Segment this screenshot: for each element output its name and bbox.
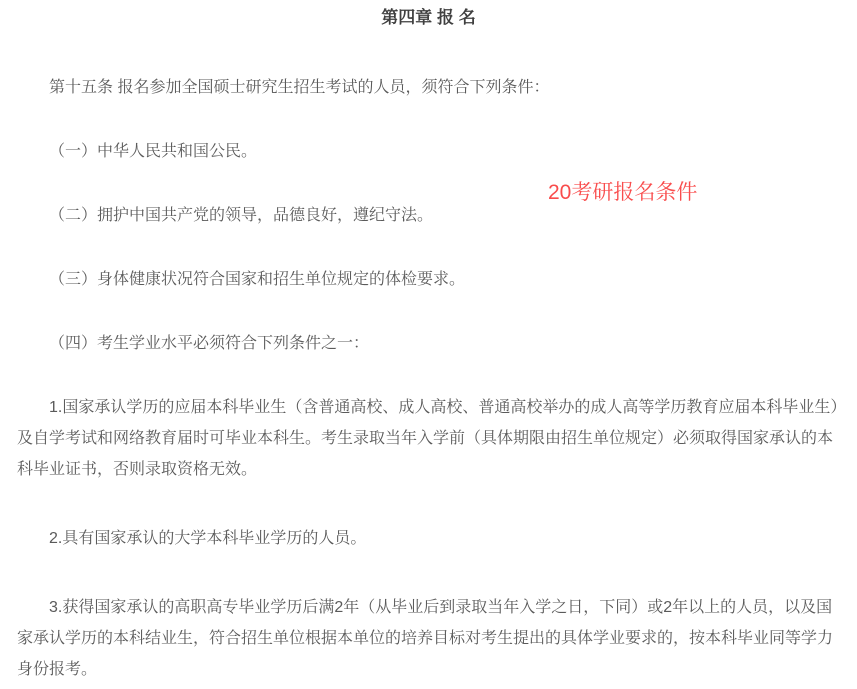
page-title: 第四章 报 名 xyxy=(17,8,840,28)
paragraph-condition-2: （二）拥护中国共产党的领导，品德良好，遵纪守法。 xyxy=(17,200,840,231)
watermark-text: 20考研报名条件 xyxy=(548,180,697,205)
paragraph-academic-item-3: 3.获得国家承认的高职高专毕业学历后满2年（从毕业后到录取当年入学之日，下同）或… xyxy=(17,592,840,685)
paragraph-condition-1: （一）中华人民共和国公民。 xyxy=(17,136,840,167)
paragraph-academic-item-1: 1.国家承认学历的应届本科毕业生（含普通高校、成人高校、普通高校举办的成人高等学… xyxy=(17,392,840,485)
document-page: 第四章 报 名 第十五条 报名参加全国硕士研究生招生考试的人员，须符合下列条件：… xyxy=(0,8,857,689)
paragraph-article-15: 第十五条 报名参加全国硕士研究生招生考试的人员，须符合下列条件： xyxy=(17,72,840,103)
paragraph-condition-3: （三）身体健康状况符合国家和招生单位规定的体检要求。 xyxy=(17,264,840,295)
paragraph-condition-4: （四）考生学业水平必须符合下列条件之一： xyxy=(17,328,840,359)
paragraph-academic-item-2: 2.具有国家承认的大学本科毕业学历的人员。 xyxy=(17,523,840,554)
